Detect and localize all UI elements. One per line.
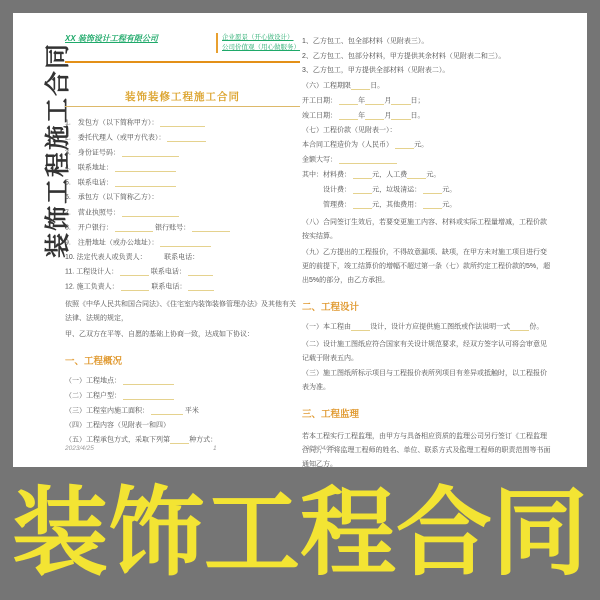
blank-field	[115, 224, 153, 232]
blank-field	[192, 224, 230, 232]
doc-line: 2、乙方包工、包部分材料，甲方提供其余材料（见附表二和三）。	[302, 53, 552, 61]
page2-body: 1、乙方包工、包全部材料（见附表三）。2、乙方包工、包部分材料，甲方提供其余材料…	[302, 38, 552, 474]
title-underline	[65, 106, 300, 107]
doc-line: （一）本工程由设计，设计方应提供施工图纸或作法说明一式份。	[302, 323, 552, 331]
blank-field	[120, 268, 149, 276]
blank-field	[339, 156, 397, 164]
doc-line: 设计费： 元，垃圾清运： 元。	[302, 186, 552, 194]
bottom-banner-title: 装饰工程合同	[0, 467, 600, 600]
slogan-lines: 企业愿景（开心做设计） 公司价值观（用心做服务）	[222, 33, 300, 53]
doc-line: 10. 法定代表人或负责人： 联系电话：	[65, 254, 300, 262]
blank-field	[353, 201, 372, 209]
blank-field	[391, 97, 410, 105]
page1-footer: 2023/4/25 1	[65, 445, 300, 455]
footer-page-number: 2	[460, 445, 464, 452]
blank-field	[365, 97, 384, 105]
doc-line: （九）乙方提出的工程报价，不得故意漏项、缺项，在甲方未对施工项目进行变更的前提下…	[302, 246, 552, 288]
blank-field	[339, 112, 358, 120]
page2-footer: 2023/04/25 2	[302, 445, 552, 455]
doc-line: （八）合同签订生效后，若要变更施工内容、材料或实际工程量增减，工程价款按实结算。	[302, 216, 552, 244]
doc-line: 3. 身份证号码：	[65, 149, 300, 157]
blank-field	[365, 112, 384, 120]
blank-field	[423, 186, 442, 194]
page1-body: 1. 发包方（以下简称甲方）： 2. 委托代理人（或甲方代表）： 3. 身份证号…	[65, 119, 300, 451]
blank-field	[115, 164, 176, 172]
page1-header: XX 装饰设计工程有限公司 企业愿景（开心做设计） 公司价值观（用心做服务）	[65, 33, 300, 53]
doc-line: （三）工程室内施工面积： 平米	[65, 407, 300, 415]
screenshot-root: 装饰工程施工合同 XX 装饰设计工程有限公司 企业愿景（开心做设计） 公司价值观…	[0, 0, 600, 600]
blank-field	[351, 82, 370, 90]
doc-line: （六）工程期限日。	[302, 82, 552, 90]
values-line: 公司价值观（用心做服务）	[222, 43, 300, 53]
doc-line: （三）施工图纸所标示项目与工程报价表所列项目有差异或抵触时，以工程报价表为准。	[302, 367, 552, 395]
doc-line: 11. 工程设计人： 联系电话：	[65, 268, 300, 276]
doc-line: 甲、乙双方在平等、自愿的基础上协商一致，达成如下协议：	[65, 328, 300, 342]
blank-field	[188, 268, 214, 276]
blank-field	[423, 201, 442, 209]
blank-field	[123, 377, 174, 385]
doc-line: 7. 营业执照号：	[65, 209, 300, 217]
vision-line: 企业愿景（开心做设计）	[222, 33, 300, 43]
doc-line: （二）工程户型：	[65, 392, 300, 400]
doc-line: 3、乙方包工，甲方提供全部材料（见附表二）。	[302, 67, 552, 75]
doc-line: 12. 施工负责人： 联系电话：	[65, 283, 300, 291]
doc-line: 竣工日期： 年月日。	[302, 112, 552, 120]
doc-line: 依照《中华人民共和国合同法》、《住宅室内装饰装修管理办法》及其他有关法律、法规的…	[65, 298, 300, 326]
blank-field	[122, 209, 180, 217]
contract-title: 装饰装修工程施工合同	[65, 89, 300, 104]
contract-page-2: 1、乙方包工、包全部材料（见附表三）。2、乙方包工、包部分材料，甲方提供其余材料…	[302, 13, 552, 467]
blank-field	[167, 134, 205, 142]
doc-line: 管理费： 元，其他费用： 元。	[302, 201, 552, 209]
doc-line: 5. 联系电话：	[65, 179, 300, 187]
doc-line: 其中：材料费： 元，人工费元。	[302, 171, 552, 179]
header-rule	[65, 61, 300, 63]
blank-field	[510, 323, 529, 331]
blank-field	[353, 186, 372, 194]
blank-field	[407, 171, 426, 179]
doc-line: 2. 委托代理人（或甲方代表）：	[65, 134, 300, 142]
company-slogans: 企业愿景（开心做设计） 公司价值观（用心做服务）	[216, 33, 300, 53]
section-heading: 一、工程概况	[65, 353, 300, 367]
doc-line: 9. 注册地址（或办公地址）：	[65, 239, 300, 247]
doc-line: （四）工程内容（见附表一和四）	[65, 422, 300, 430]
doc-line: 本合同工程造价为（人民币） 元。	[302, 141, 552, 149]
blank-field	[353, 171, 372, 179]
blank-field	[160, 119, 205, 127]
blank-field	[351, 323, 370, 331]
doc-line: 4. 联系地址：	[65, 164, 300, 172]
footer-date: 2023/04/25	[302, 445, 335, 452]
doc-line: （五）工程承包方式，采取下列第种方式：	[65, 436, 300, 444]
slogan-accent-bar	[216, 33, 218, 53]
section-heading: 二、工程设计	[302, 299, 552, 313]
blank-field	[123, 392, 174, 400]
blank-field	[170, 436, 189, 444]
blank-field	[391, 112, 410, 120]
section-heading: 三、工程监理	[302, 406, 552, 420]
doc-line: （一）工程地点：	[65, 377, 300, 385]
blank-field	[121, 283, 150, 291]
footer-date: 2023/4/25	[65, 445, 94, 452]
doc-line: 6. 承包方（以下简称乙方）：	[65, 194, 300, 202]
blank-field	[160, 239, 211, 247]
footer-page-number: 1	[213, 445, 217, 452]
doc-line: 8. 开户银行： 银行账号：	[65, 224, 300, 232]
doc-line: 1. 发包方（以下简称甲方）：	[65, 119, 300, 127]
blank-field	[151, 407, 183, 415]
blank-field	[339, 97, 358, 105]
blank-field	[188, 283, 214, 291]
doc-line: 金额大写：	[302, 156, 552, 164]
blank-field	[115, 179, 176, 187]
doc-line: （二）设计施工图纸应符合国家有关设计规范要求，经双方签字认可将会审意见记载于附表…	[302, 338, 552, 366]
doc-line: （七）工程价款（见附表一）：	[302, 127, 552, 135]
doc-line: 1、乙方包工、包全部材料（见附表三）。	[302, 38, 552, 46]
document-preview-panel: 装饰工程施工合同 XX 装饰设计工程有限公司 企业愿景（开心做设计） 公司价值观…	[13, 13, 587, 467]
contract-page-1: XX 装饰设计工程有限公司 企业愿景（开心做设计） 公司价值观（用心做服务） 装…	[65, 13, 300, 467]
doc-line: 开工日期： 年月日；	[302, 97, 552, 105]
blank-field	[122, 149, 180, 157]
blank-field	[395, 141, 414, 149]
company-name: XX 装饰设计工程有限公司	[65, 33, 158, 44]
